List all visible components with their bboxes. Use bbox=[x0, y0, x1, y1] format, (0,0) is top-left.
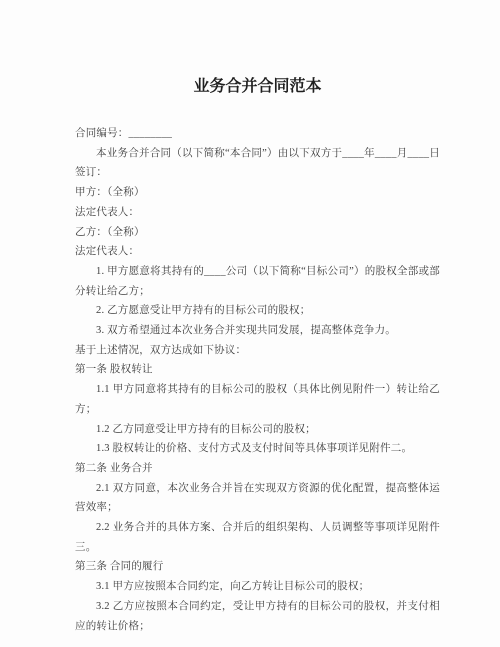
clause-1-2: 1.2 乙方同意受让甲方持有的目标公司的股权； bbox=[75, 420, 440, 440]
page-title: 业务合并合同范本 bbox=[75, 76, 440, 98]
party-a-representative-line: 法定代表人： bbox=[75, 203, 440, 223]
clause-3-1: 3.1 甲方应按照本合同约定，向乙方转让目标公司的股权； bbox=[75, 577, 440, 597]
article-1-heading: 第一条 股权转让 bbox=[75, 360, 440, 380]
recital-item-1: 1. 甲方愿意将其持有的____公司（以下简称“目标公司”）的股权全部或部分转让… bbox=[75, 262, 440, 301]
party-b-line: 乙方：（全称） bbox=[75, 223, 440, 243]
article-2-heading: 第二条 业务合并 bbox=[75, 459, 440, 479]
agreement-basis-line: 基于上述情况，双方达成如下协议： bbox=[75, 341, 440, 361]
recital-item-2: 2. 乙方愿意受让甲方持有的目标公司的股权； bbox=[75, 301, 440, 321]
clause-1-1: 1.1 甲方同意将其持有的目标公司的股权（具体比例见附件一）转让给乙方； bbox=[75, 380, 440, 419]
party-b-representative-line: 法定代表人： bbox=[75, 242, 440, 262]
article-3-heading: 第三条 合同的履行 bbox=[75, 557, 440, 577]
clause-1-3: 1.3 股权转让的价格、支付方式及支付时间等具体事项详见附件二。 bbox=[75, 439, 440, 459]
clause-2-2: 2.2 业务合并的具体方案、合并后的组织架构、人员调整等事项详见附件三。 bbox=[75, 518, 440, 557]
recital-item-3: 3. 双方希望通过本次业务合并实现共同发展，提高整体竞争力。 bbox=[75, 321, 440, 341]
party-a-line: 甲方：（全称） bbox=[75, 183, 440, 203]
contract-document: 业务合并合同范本 合同编号：________ 本业务合并合同（以下简称“本合同”… bbox=[0, 0, 500, 647]
clause-3-2: 3.2 乙方应按照本合同约定，受让甲方持有的目标公司的股权，并支付相应的转让价格… bbox=[75, 597, 440, 636]
intro-line: 本业务合并合同（以下简称“本合同”）由以下双方于____年____月____日签… bbox=[75, 144, 440, 183]
clause-2-1: 2.1 双方同意，本次业务合并旨在实现双方资源的优化配置，提高整体运营效率； bbox=[75, 479, 440, 518]
contract-number-line: 合同编号：________ bbox=[75, 124, 440, 144]
